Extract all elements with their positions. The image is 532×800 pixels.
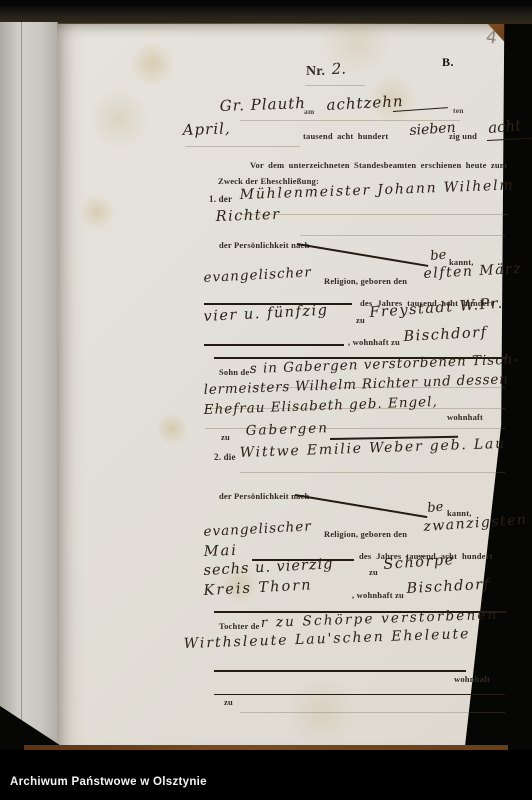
ten-suffix-label: ten bbox=[453, 106, 464, 115]
ink-line bbox=[204, 344, 344, 346]
groom-persoenlichkeit-label: der Persönlichkeit nach bbox=[219, 240, 309, 250]
scanned-registry-page: 4 B. Nr. 2. Gr. Plauth am achtzehn ten A… bbox=[0, 0, 532, 800]
ruled-line bbox=[240, 712, 505, 713]
tausend-label: tausend acht hundert bbox=[303, 131, 388, 141]
ink-line bbox=[214, 670, 466, 672]
record-number-label: Nr. bbox=[306, 64, 325, 80]
bride-religion-label: Religion, geboren den bbox=[324, 529, 407, 539]
facing-page-edge bbox=[0, 22, 58, 745]
bride-be: be bbox=[427, 500, 444, 516]
registry-place: Gr. Plauth bbox=[219, 94, 306, 115]
ruled-line bbox=[300, 235, 505, 236]
letter-stamp: B. bbox=[442, 55, 454, 70]
bride-birth-month: Mai bbox=[203, 543, 238, 560]
bride-wohnhaft-label: , wohnhaft zu bbox=[352, 590, 404, 600]
thin-rule bbox=[214, 694, 505, 695]
groom-be: be bbox=[430, 248, 447, 264]
am-label: am bbox=[304, 107, 314, 116]
archive-watermark: Archiwum Państwowe w Olsztynie bbox=[10, 776, 207, 788]
page-crease bbox=[21, 22, 22, 745]
ruled-line bbox=[185, 146, 300, 147]
groom-origin-label: Sohn de bbox=[219, 367, 249, 377]
marriage-month: April, bbox=[182, 119, 231, 139]
bride-index-label: 2. die bbox=[214, 452, 236, 462]
year-unit: acht bbox=[487, 116, 521, 137]
groom-origin-place: Gabergen bbox=[245, 420, 329, 439]
ruled-line bbox=[240, 472, 505, 473]
scan-bottom-bar bbox=[0, 750, 532, 800]
bride-zu-label: zu bbox=[369, 567, 378, 577]
zig-und-label: zig und bbox=[449, 131, 477, 141]
groom-index-label: 1. der bbox=[209, 194, 232, 204]
groom-origin-zu-label: zu bbox=[221, 432, 230, 442]
groom-name-line2: Richter bbox=[215, 207, 280, 225]
record-number-value: 2. bbox=[331, 60, 346, 78]
ruled-line bbox=[305, 85, 365, 86]
groom-wohnhaft-label: , wohnhaft zu bbox=[348, 337, 400, 347]
intro-line1: Vor dem unterzeichneten Standesbeamten e… bbox=[250, 160, 507, 170]
groom-religion-label: Religion, geboren den bbox=[324, 276, 407, 286]
bride-origin-label: Tochter de bbox=[219, 621, 260, 631]
groom-zu-label: zu bbox=[356, 315, 365, 325]
bride-origin-zu-label: zu bbox=[224, 697, 233, 707]
bride-origin-wohnhaft-label: wohnhaft bbox=[454, 674, 490, 684]
groom-origin-wohnhaft-label: wohnhaft bbox=[447, 412, 483, 422]
